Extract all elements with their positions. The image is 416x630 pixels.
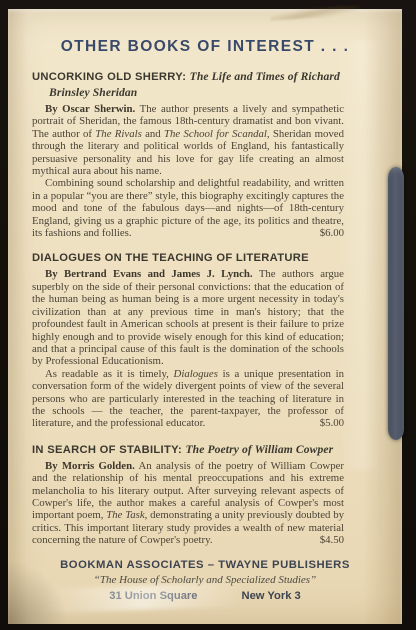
text-segment: By Oscar Sherwin. xyxy=(45,103,135,115)
photo-background: OTHER BOOKS OF INTEREST . . . UNCORKING … xyxy=(0,0,416,630)
price-label: $6.00 xyxy=(312,227,344,239)
book-section-dialogues-teaching-literature: DIALOGUES ON THE TEACHING OF LITERATURE … xyxy=(32,251,344,429)
book-heading: IN SEARCH OF STABILITY: The Poetry of Wi… xyxy=(32,442,344,458)
book-section-in-search-of-stability: IN SEARCH OF STABILITY: The Poetry of Wi… xyxy=(32,442,344,547)
text-segment: Dialogues xyxy=(174,368,218,380)
book-section-uncorking-old-sherry: UNCORKING OLD SHERRY: The Life and Times… xyxy=(32,69,344,239)
publisher-name: BOOKMAN ASSOCIATES – TWAYNE PUBLISHERS xyxy=(8,558,402,573)
book-paragraph: Combining sound scholarship and delightf… xyxy=(32,177,344,239)
address-city: New York 3 xyxy=(242,588,301,604)
book-title-main: DIALOGUES ON THE TEACHING OF LITERATURE xyxy=(32,252,309,264)
text-segment: The Rivals xyxy=(95,128,142,140)
publisher-footer: BOOKMAN ASSOCIATES – TWAYNE PUBLISHERS “… xyxy=(8,558,402,604)
text-segment: The authors argue superbly on the side o… xyxy=(32,268,344,367)
book-jacket-back-panel: OTHER BOOKS OF INTEREST . . . UNCORKING … xyxy=(8,9,402,624)
book-title-subtitle: The Poetry of William Cowper xyxy=(185,443,333,456)
address-street: 31 Union Square xyxy=(109,588,197,604)
book-paragraph: As readable as it is timely, Dialogues i… xyxy=(32,368,344,430)
book-spine-edge xyxy=(388,167,404,440)
price-label: $5.00 xyxy=(312,417,344,429)
book-heading: DIALOGUES ON THE TEACHING OF LITERATURE xyxy=(32,251,344,266)
book-title-main: IN SEARCH OF STABILITY: xyxy=(32,444,182,456)
book-paragraph: By Bertrand Evans and James J. Lynch. Th… xyxy=(32,268,344,367)
text-segment: As readable as it is timely, xyxy=(45,368,174,380)
text-segment: By Morris Golden. xyxy=(45,460,135,472)
book-paragraph: By Morris Golden. An analysis of the poe… xyxy=(32,460,344,547)
price-label: $4.50 xyxy=(312,534,344,546)
book-title-main: UNCORKING OLD SHERRY: xyxy=(32,71,186,83)
page-title: OTHER BOOKS OF INTEREST . . . xyxy=(8,37,402,56)
publisher-address: 31 Union Square New York 3 xyxy=(8,588,402,604)
text-segment: By Bertrand Evans and James J. Lynch. xyxy=(45,268,253,280)
text-segment: The Task, xyxy=(106,509,147,521)
text-segment: and xyxy=(142,128,164,140)
publisher-motto: “The House of Scholarly and Specialized … xyxy=(8,573,402,588)
text-segment: Combining sound scholarship and delightf… xyxy=(32,177,344,239)
book-heading: UNCORKING OLD SHERRY: The Life and Times… xyxy=(32,69,344,101)
book-paragraph: By Oscar Sherwin. The author presents a … xyxy=(32,103,344,177)
text-segment: The School for Scandal, xyxy=(164,128,270,140)
